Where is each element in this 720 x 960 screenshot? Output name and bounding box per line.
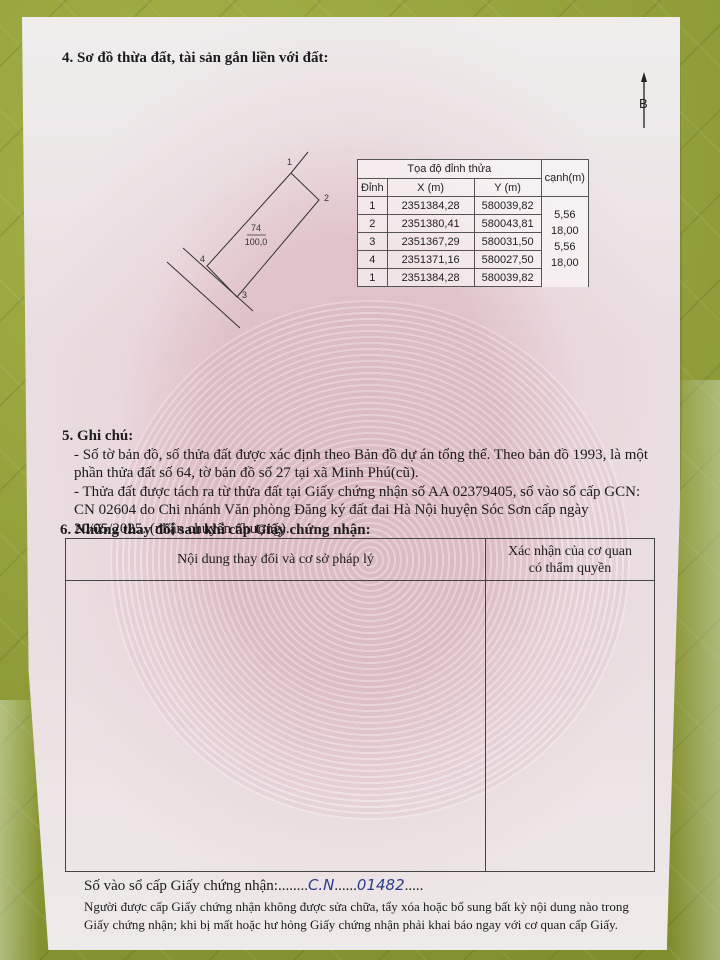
header-change-content: Nội dung thay đổi và cơ sở pháp lý xyxy=(66,539,486,581)
cell-vertex: 1 xyxy=(358,269,388,287)
header-authority-confirmation: Xác nhận của cơ quan có thẩm quyền xyxy=(486,539,654,581)
cell-x: 2351384,28 xyxy=(387,197,474,215)
vertex-label-4: 4 xyxy=(200,254,205,264)
vertex-label-2: 2 xyxy=(324,193,329,203)
parcel-area: 100,0 xyxy=(245,237,268,247)
north-arrow-icon: B xyxy=(636,72,652,130)
registration-label: Số vào sổ cấp Giấy chứng nhận: xyxy=(84,878,278,894)
registration-number-handwritten: 01482 xyxy=(357,876,405,894)
cell-y: 580027,50 xyxy=(474,251,541,269)
edge-4-1: 18,00 xyxy=(545,255,585,271)
vertex-label-3: 3 xyxy=(242,290,247,300)
note-line: - Số tờ bản đồ, số thửa đất được xác địn… xyxy=(62,446,662,465)
header-authority-line1: Xác nhận của cơ quan xyxy=(508,543,632,560)
header-x: X (m) xyxy=(387,179,474,197)
header-vertex: Đỉnh xyxy=(358,179,388,197)
edge-3-4: 5,56 xyxy=(545,239,585,255)
authority-confirmation-cell xyxy=(486,581,654,871)
note-line: - Thửa đất được tách ra từ thửa đất tại … xyxy=(62,483,662,502)
cell-y: 580039,82 xyxy=(474,269,541,287)
cell-vertex: 2 xyxy=(358,215,388,233)
parcel-number: 74 xyxy=(251,223,261,233)
cell-y: 580043,81 xyxy=(474,215,541,233)
edge-2-3: 18,00 xyxy=(545,223,585,239)
cell-x: 2351371,16 xyxy=(387,251,474,269)
section6-title: 6. Những thay đổi sau khi cấp Giấy chứng… xyxy=(60,522,371,539)
cell-vertex: 4 xyxy=(358,251,388,269)
registration-prefix-handwritten: C.N xyxy=(308,876,334,894)
change-content-cell xyxy=(66,581,486,871)
parcel-sketch: 1 2 3 4 74 100,0 xyxy=(160,145,350,330)
warning-line: Người được cấp Giấy chứng nhận không đượ… xyxy=(84,898,684,916)
cell-x: 2351384,28 xyxy=(387,269,474,287)
cell-x: 2351367,29 xyxy=(387,233,474,251)
registration-number: Số vào sổ cấp Giấy chứng nhận:........C.… xyxy=(84,876,423,895)
warning-line: Giấy chứng nhận; khi bị mất hoặc hư hỏng… xyxy=(84,916,684,934)
section5-title: 5. Ghi chú: xyxy=(62,427,662,446)
section4-title: 4. Sơ đồ thừa đất, tài sản gắn liền với … xyxy=(62,50,329,67)
header-edge: cạnh(m) xyxy=(541,160,588,197)
cell-x: 2351380,41 xyxy=(387,215,474,233)
header-authority-line2: có thẩm quyền xyxy=(529,560,611,577)
changes-table: Nội dung thay đổi và cơ sở pháp lý Xác n… xyxy=(65,538,655,872)
edge-lengths: 5,56 18,00 5,56 18,00 xyxy=(541,197,588,287)
table-row: 1 2351384,28 580039,82 5,56 18,00 5,56 1… xyxy=(358,197,589,215)
header-y: Y (m) xyxy=(474,179,541,197)
cell-y: 580031,50 xyxy=(474,233,541,251)
warning-notice: Người được cấp Giấy chứng nhận không đượ… xyxy=(84,898,684,934)
note-line: CN 02604 do Chi nhánh Văn phòng Đăng ký … xyxy=(62,501,662,520)
cell-vertex: 3 xyxy=(358,233,388,251)
edge-1-2: 5,56 xyxy=(545,207,585,223)
vertex-label-1: 1 xyxy=(287,157,292,167)
cell-vertex: 1 xyxy=(358,197,388,215)
header-vertex-group: Tọa độ đỉnh thửa xyxy=(358,160,542,179)
note-line: phần thửa đất số 64, tờ bản đồ số 27 tại… xyxy=(62,464,662,483)
coordinates-table: Tọa độ đỉnh thửa cạnh(m) Đỉnh X (m) Y (m… xyxy=(357,159,589,287)
cell-y: 580039,82 xyxy=(474,197,541,215)
north-label: B xyxy=(639,96,648,111)
